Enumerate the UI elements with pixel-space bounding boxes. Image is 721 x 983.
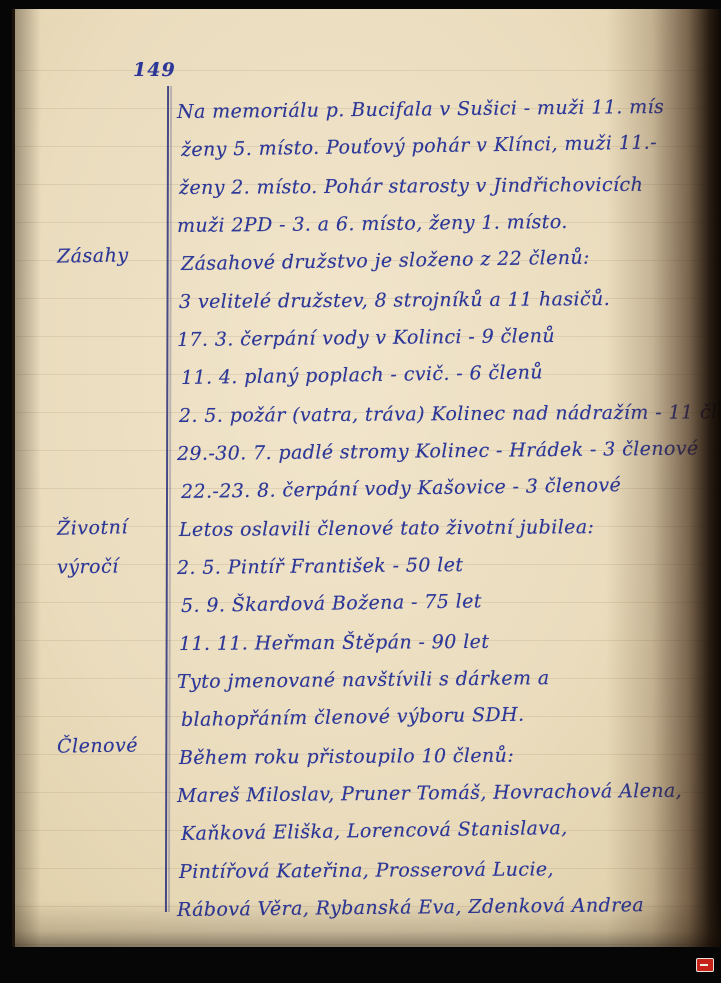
handwritten-line: 2. 5. Pintíř František - 50 let bbox=[177, 554, 464, 579]
handwritten-line: 2. 5. požár (vatra, tráva) Kolinec nad n… bbox=[179, 401, 721, 427]
handwritten-line: 11. 4. planý poplach - cvič. - 6 členů bbox=[181, 361, 543, 389]
handwritten-line: 22.-23. 8. čerpání vody Kašovice - 3 čle… bbox=[181, 474, 622, 503]
scanned-chronicle-page: 149 Zásahy Životní výročí Členové Na mem… bbox=[0, 0, 721, 983]
handwritten-line: 5. 9. Škardová Božena - 75 let bbox=[181, 590, 482, 617]
handwritten-line: Zásahové družstvo je složeno z 22 členů: bbox=[181, 247, 590, 275]
handwritten-line: Kaňková Eliška, Lorencová Stanislava, bbox=[181, 817, 568, 845]
handwritten-line: 11. 11. Heřman Štěpán - 90 let bbox=[179, 631, 489, 655]
handwritten-line: Tyto jmenované navštívili s dárkem a bbox=[177, 667, 550, 693]
badge-dash bbox=[700, 964, 708, 966]
margin-label-zasahy: Zásahy bbox=[57, 244, 129, 267]
handwritten-line: blahopřáním členové výboru SDH. bbox=[181, 704, 525, 731]
handwritten-line: Pintířová Kateřina, Prosserová Lucie, bbox=[179, 858, 554, 883]
handwritten-line: ženy 2. místo. Pohár starosty v Jindřich… bbox=[179, 174, 643, 199]
handwritten-line: 3 velitelé družstev, 8 strojníků a 11 ha… bbox=[179, 288, 610, 313]
page-number: 149 bbox=[133, 59, 176, 81]
margin-label-vyroci: výročí bbox=[57, 555, 119, 578]
red-dash-badge-icon bbox=[696, 958, 714, 972]
handwritten-line: Během roku přistoupilo 10 členů: bbox=[179, 745, 514, 769]
handwritten-line: Na memoriálu p. Bucifala v Sušici - muži… bbox=[177, 96, 664, 123]
handwritten-line: 29.-30. 7. padlé stromy Kolinec - Hrádek… bbox=[177, 438, 699, 465]
left-edge-shadow bbox=[15, 9, 41, 947]
handwritten-line: ženy 5. místo. Pouťový pohár v Klínci, m… bbox=[181, 132, 657, 161]
margin-label-zivotni: Životní bbox=[57, 516, 128, 539]
paper-sheet: 149 Zásahy Životní výročí Členové Na mem… bbox=[12, 9, 721, 947]
handwritten-line: muži 2PD - 3. a 6. místo, ženy 1. místo. bbox=[177, 211, 568, 237]
handwritten-line: Rábová Věra, Rybanská Eva, Zdenková Andr… bbox=[177, 894, 644, 921]
margin-label-clenove: Členové bbox=[57, 734, 138, 757]
margin-rule-line bbox=[165, 86, 169, 912]
handwritten-line: 17. 3. čerpání vody v Kolinci - 9 členů bbox=[177, 325, 555, 351]
handwritten-line: Letos oslavili členové tato životní jubi… bbox=[179, 516, 594, 541]
handwriting-text-block: Na memoriálu p. Bucifala v Sušici - muži… bbox=[177, 9, 721, 947]
handwritten-line: Mareš Miloslav, Pruner Tomáš, Hovrachová… bbox=[177, 780, 682, 807]
